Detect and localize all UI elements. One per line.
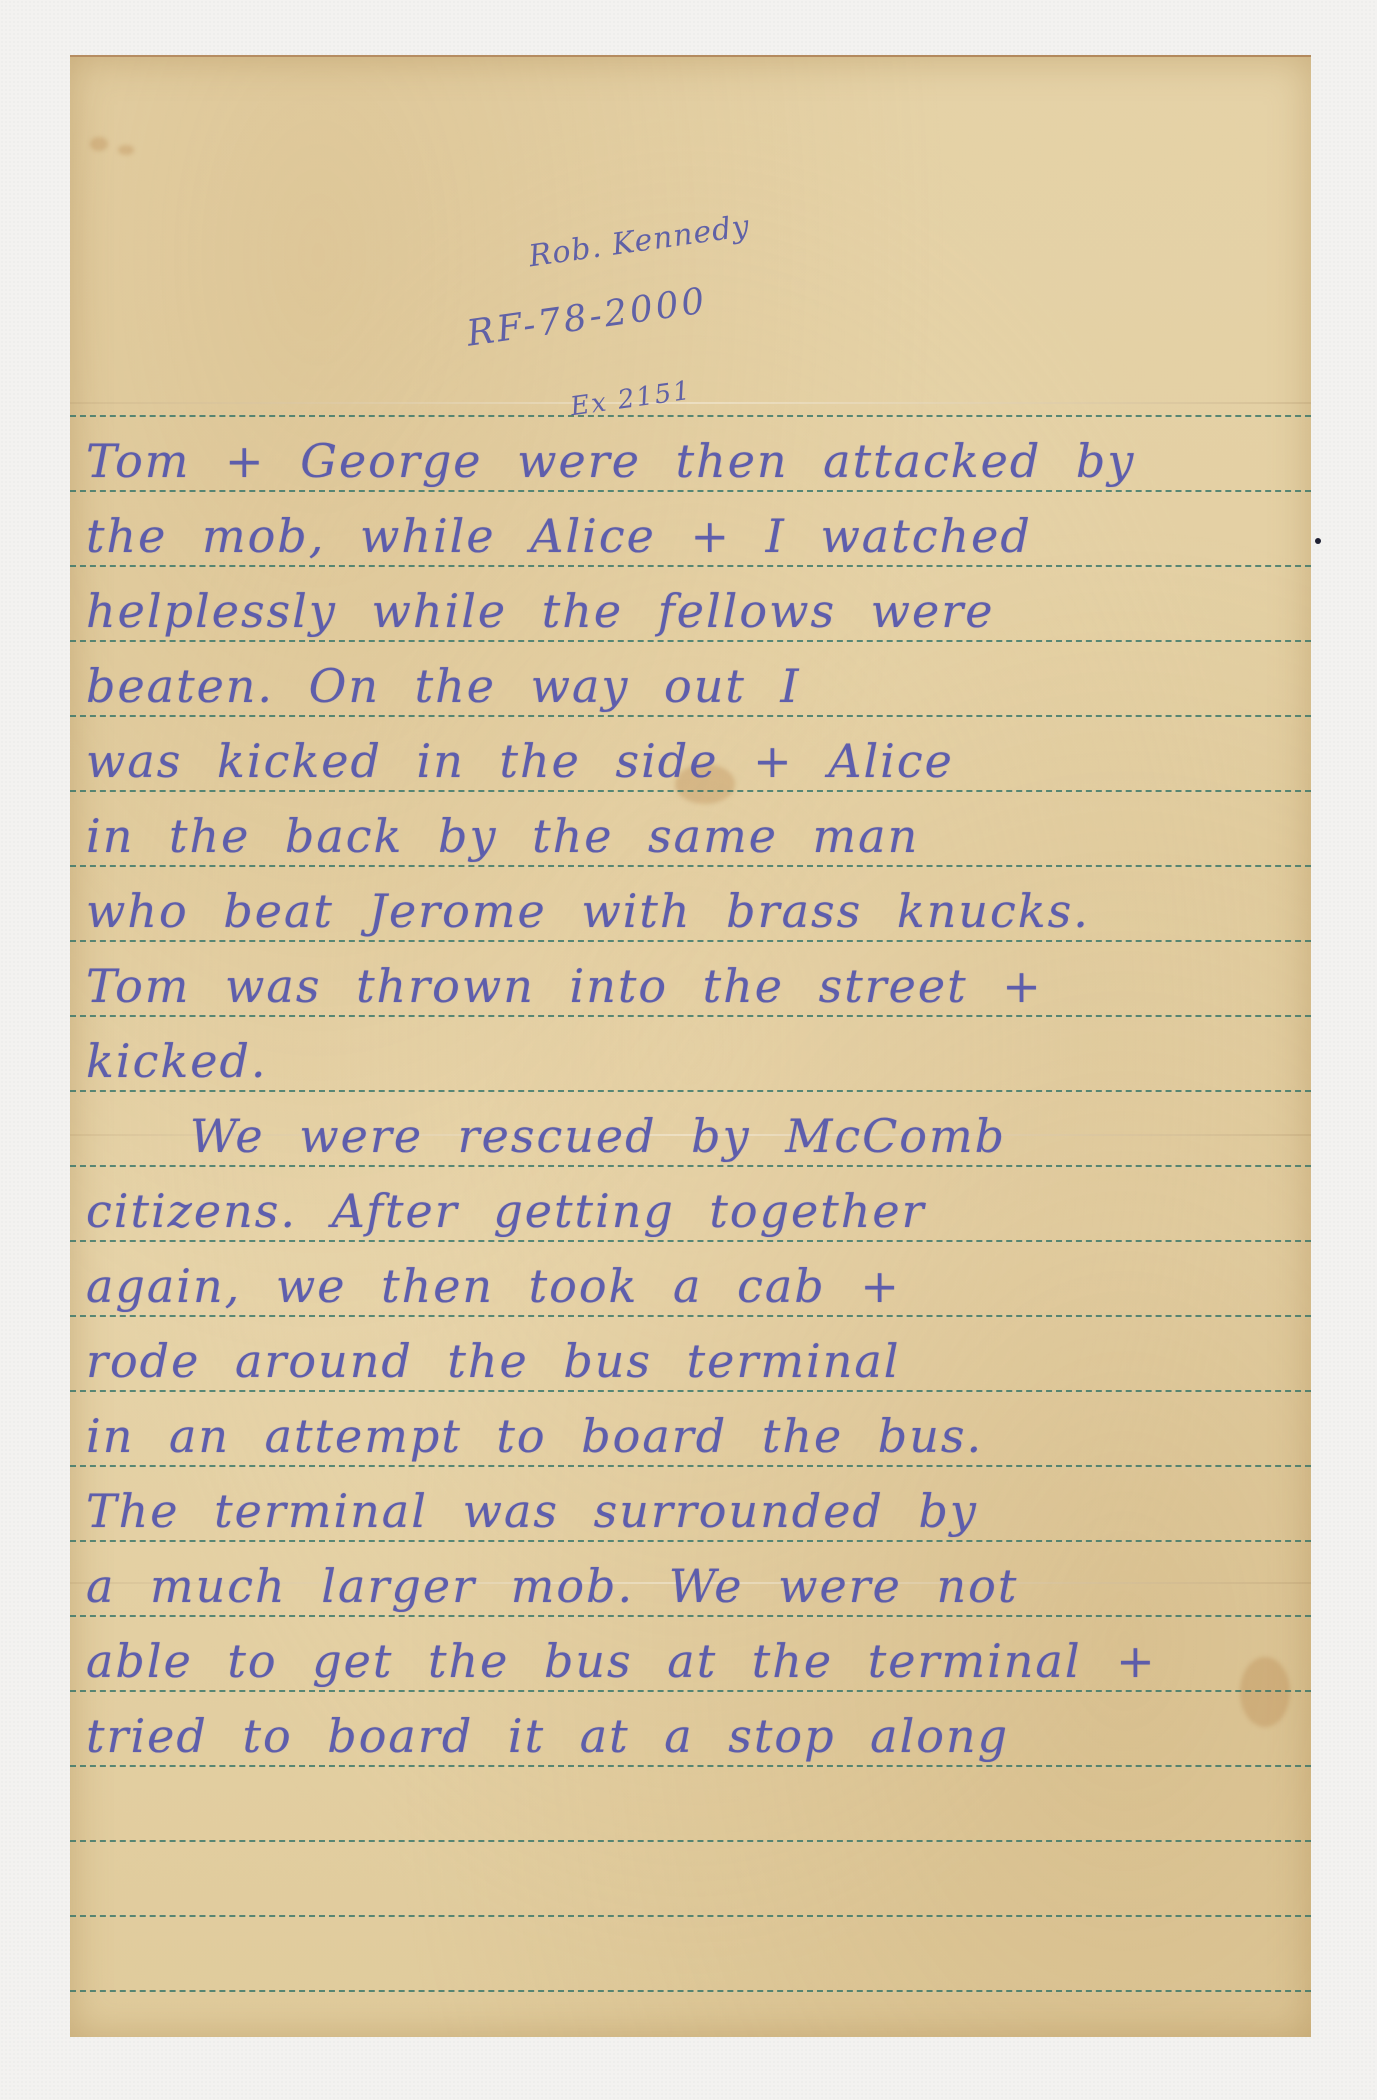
- handwritten-line: Tom + George were then attacked by: [86, 429, 1296, 493]
- handwritten-line: The terminal was surrounded by: [86, 1479, 1296, 1543]
- handwritten-line: rode around the bus terminal: [86, 1329, 1296, 1393]
- handwritten-line: beaten. On the way out I: [86, 654, 1296, 718]
- handwritten-line: Tom was thrown into the street +: [86, 954, 1296, 1018]
- handwritten-line: kicked.: [86, 1029, 1296, 1093]
- handwritten-line: a much larger mob. We were not: [86, 1554, 1296, 1618]
- ink-dot: [1315, 538, 1321, 544]
- rule-line: [70, 1915, 1311, 1917]
- handwritten-line: We were rescued by McComb: [86, 1104, 1296, 1168]
- handwritten-line: again, we then took a cab +: [86, 1254, 1296, 1318]
- rule-line: [70, 1840, 1311, 1842]
- handwritten-line: was kicked in the side + Alice: [86, 729, 1296, 793]
- handwritten-line: who beat Jerome with brass knucks.: [86, 879, 1296, 943]
- handwritten-line: in an attempt to board the bus.: [86, 1404, 1296, 1468]
- handwritten-line: in the back by the same man: [86, 804, 1296, 868]
- handwritten-line: helplessly while the fellows were: [86, 579, 1296, 643]
- letter-page: Rob. Kennedy RF-78-2000 Ex 2151 Tom + Ge…: [70, 55, 1311, 2037]
- handwritten-line: tried to board it at a stop along: [86, 1704, 1296, 1768]
- rule-line: [70, 1990, 1311, 1992]
- rule-line: [70, 415, 1311, 417]
- handwritten-line: the mob, while Alice + I watched: [86, 504, 1296, 568]
- handwritten-line: able to get the bus at the terminal +: [86, 1629, 1296, 1693]
- handwritten-line: citizens. After getting together: [86, 1179, 1296, 1243]
